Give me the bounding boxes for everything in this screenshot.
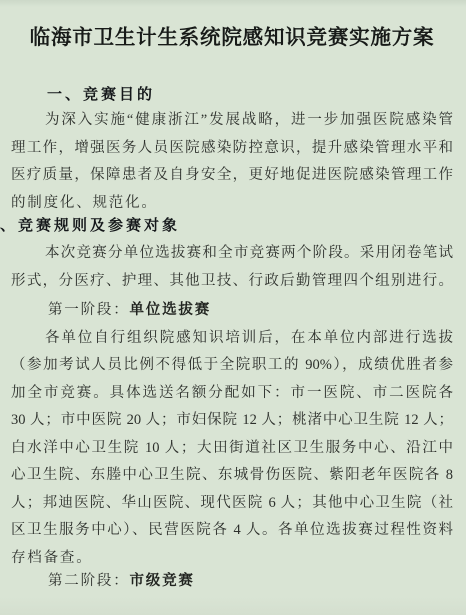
- body-line: （参加考试人员比例不得低于全院职工的 90%），成绩优胜者参: [11, 352, 453, 380]
- section-heading-competition-purpose: 一、竞赛目的: [11, 84, 453, 105]
- stage-1-heading: 第一阶段：单位选拔赛: [11, 297, 453, 325]
- body-line: 加全市竞赛。具体选送名额分配如下：市一医院、市二医院各: [11, 380, 453, 408]
- section-heading-rules-participants: 二、竞赛规则及参赛对象: [0, 215, 453, 236]
- paragraph-rules: 本次竞赛分单位选拔赛和全市竞赛两个阶段。采用闭卷笔试 形式，分医疗、护理、其他卫…: [11, 240, 453, 295]
- page-title: 临海市卫生计生系统院感知识竞赛实施方案: [11, 23, 453, 53]
- body-line: 各单位自行组织院感知识培训后，在本单位内部进行选拔: [11, 325, 453, 353]
- stage-1-name: 单位选拔赛: [130, 302, 212, 318]
- body-line: 的制度化、规范化。: [11, 190, 453, 218]
- stage-2-label: 第二阶段：: [48, 573, 130, 589]
- document-page: 临海市卫生计生系统院感知识竞赛实施方案 一、竞赛目的 为深入实施“健康浙江”发展…: [0, 0, 466, 615]
- paragraph-purpose: 为深入实施“健康浙江”发展战略，进一步加强医院感染管 理工作，增强医务人员医院感…: [11, 107, 453, 217]
- stage-1-label: 第一阶段：: [48, 302, 130, 318]
- paragraph-selection-quota: 各单位自行组织院感知识培训后，在本单位内部进行选拔 （参加考试人员比例不得低于全…: [11, 325, 453, 573]
- body-line: 30 人；市中医院 20 人；市妇保院 12 人；桃渚中心卫生院 12 人；: [11, 407, 453, 435]
- body-line: 区卫生服务中心）、民营医院各 4 人。各单位选拔赛过程性资料: [11, 517, 453, 545]
- body-line: 理工作，增强医务人员医院感染防控意识，提升感染管理水平和: [11, 135, 453, 163]
- body-line: 为深入实施“健康浙江”发展战略，进一步加强医院感染管: [11, 107, 453, 135]
- document-body: 临海市卫生计生系统院感知识竞赛实施方案 一、竞赛目的 为深入实施“健康浙江”发展…: [11, 23, 453, 596]
- stage-2-heading: 第二阶段：市级竞赛: [11, 568, 453, 596]
- body-line: 形式，分医疗、护理、其他卫技、行政后勤管理四个组别进行。: [11, 268, 453, 296]
- stage-2-name: 市级竞赛: [130, 573, 195, 589]
- body-line: 人；邦迪医院、华山医院、现代医院 6 人；其他中心卫生院（社: [11, 490, 453, 518]
- body-line: 白水洋中心卫生院 10 人；大田街道社区卫生服务中心、沿江中: [11, 435, 453, 463]
- body-line: 本次竞赛分单位选拔赛和全市竞赛两个阶段。采用闭卷笔试: [11, 240, 453, 268]
- body-line: 医疗质量，保障患者及自身安全，更好地促进医院感染管理工作: [11, 162, 453, 190]
- body-line: 心卫生院、东塍中心卫生院、东城骨伤医院、紫阳老年医院各 8: [11, 462, 453, 490]
